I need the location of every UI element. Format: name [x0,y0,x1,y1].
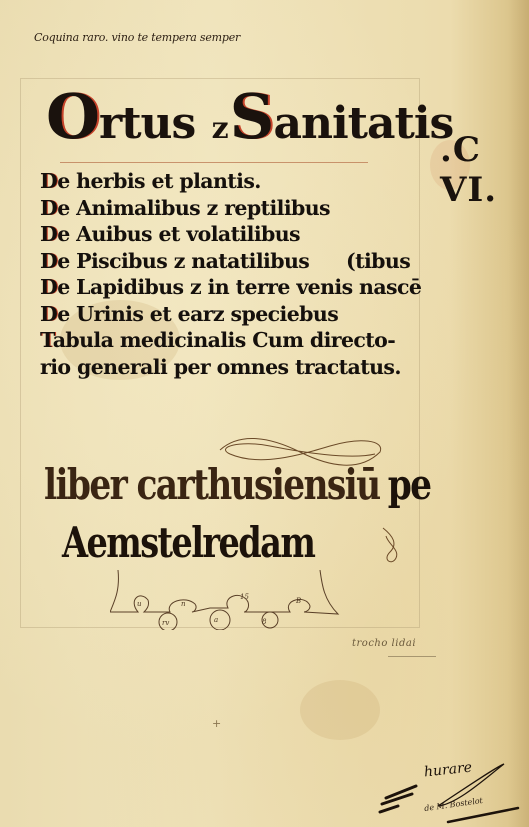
ownership-line-1: liber carthusiensiūpe [44,460,430,509]
bracket-number: B [296,597,301,605]
contents-line: De Auibus et volatilibus [40,221,421,248]
rubric-initial: T [40,328,53,352]
title-initial-o: O [46,80,99,153]
rubric-initial: D [40,249,57,273]
bracket-number: rv [162,619,169,627]
contents-line: De Lapidibus z in terre venis nascē [40,274,421,301]
bracket-number: u [137,600,142,608]
contents-line: Tabula medicinalis Cum directo- [40,327,421,354]
contents-line: De herbis et plantis. [40,168,421,195]
contents-line: De Animalibus z reptilibus [40,195,421,222]
loop-flourish-icon [378,526,408,566]
folio-number: .C VI. [440,130,529,210]
bracket-number: 15 [240,593,249,601]
contents-line: rio generali per omnes tractatus. [40,354,421,381]
cross-mark: + [212,717,221,730]
document-page: Coquina raro. vino te tempera semper Ort… [0,0,529,827]
contents-list: De herbis et plantis. De Animalibus z re… [40,168,421,380]
title-initial-s: S [230,80,274,153]
bracket-number: 8 [262,618,266,626]
title-conjunction: z [212,111,228,146]
paper-stain [300,680,380,740]
contents-line: De Urinis et earz speciebus [40,301,421,328]
bracket-number: a [214,616,218,624]
ownership-line-2: Aemstelredam [62,518,314,567]
line-turnover: (tibus [346,248,410,275]
rubric-initial: D [40,275,57,299]
rubric-initial: D [40,196,57,220]
header-motto: Coquina raro. vino te tempera semper [34,31,240,44]
bracket-number: n [181,600,186,608]
book-title: Ortus zSanitatis [46,80,453,153]
numbered-bracket-icon [110,570,340,630]
pencil-margin-note: trocho lidai [352,638,416,649]
contents-line: De Piscibus z natatilibus(tibus [40,248,421,275]
title-word-2: anitatis [273,98,453,149]
rubric-initial: D [40,169,57,193]
rubric-initial: D [40,302,57,326]
pencil-underline [388,656,436,657]
title-underline [60,162,368,163]
title-word-1: rtus [99,98,195,149]
rubric-initial: D [40,222,57,246]
